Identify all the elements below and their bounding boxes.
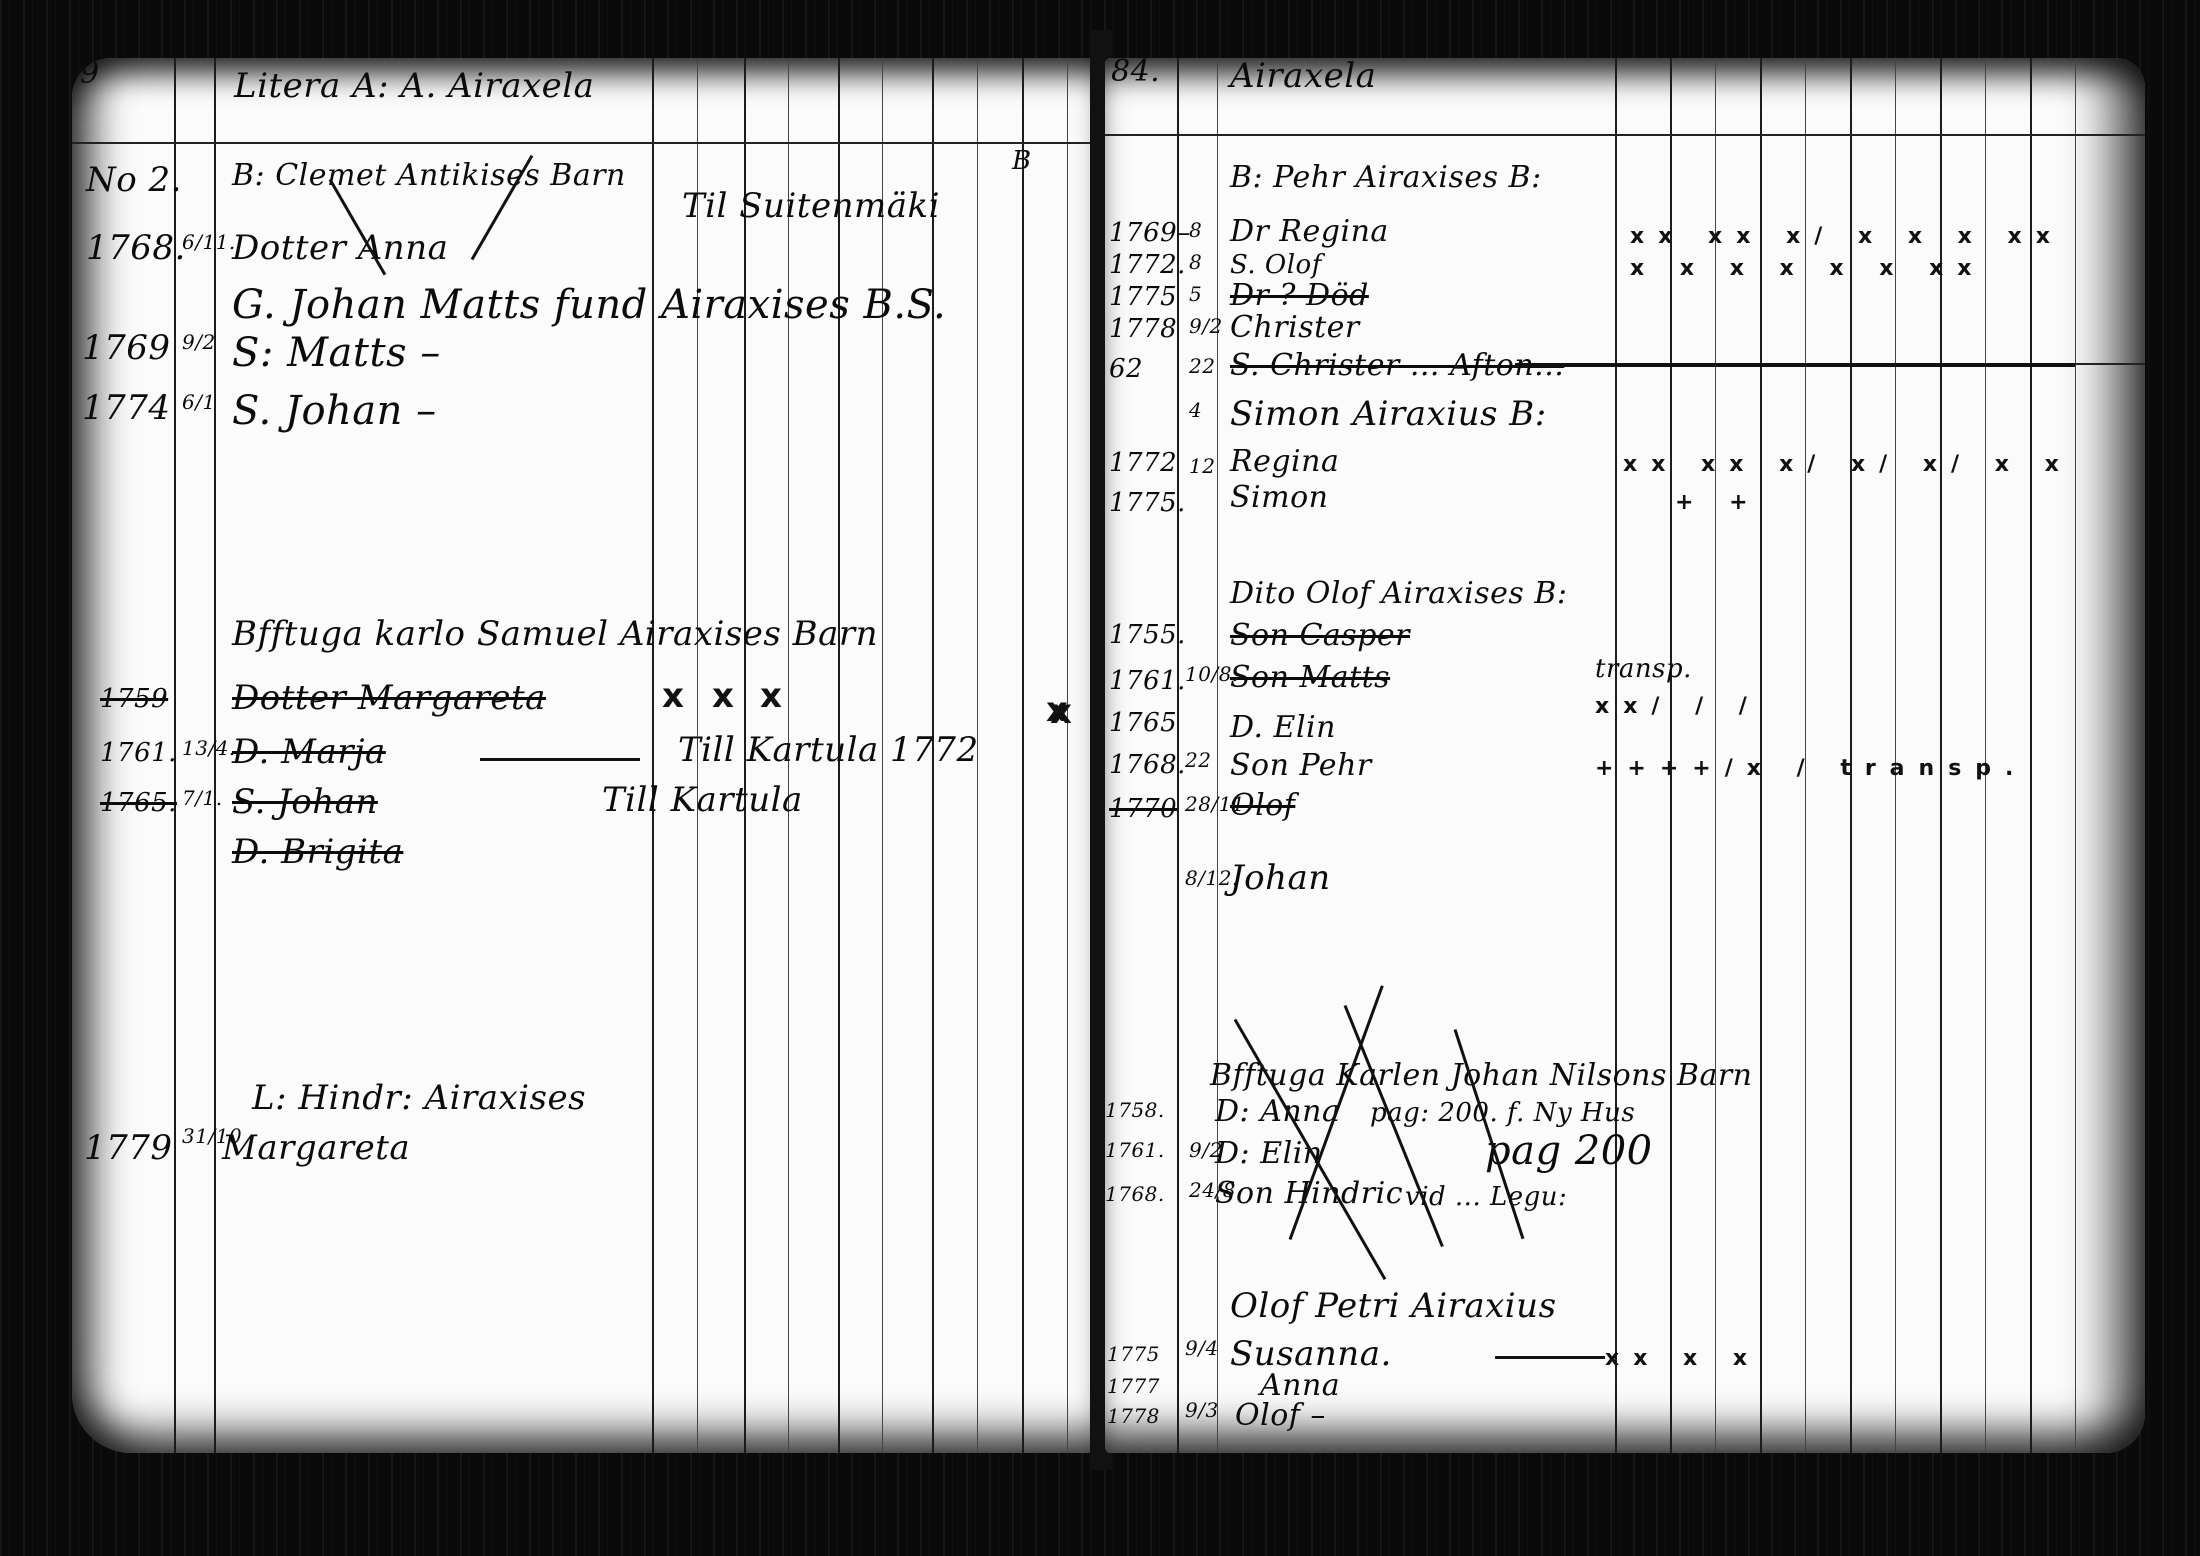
header-rule	[1105, 134, 2145, 136]
annotation: pag: 200. f. Ny Hus	[1370, 1098, 1635, 1128]
birth-year: 1755.	[1109, 620, 1186, 650]
birth-date: 13/4.	[182, 736, 236, 760]
attendance-marks: xx xx x/ x x x xx	[1630, 224, 2064, 249]
child-name: S. Johan –	[232, 388, 437, 434]
attendance-marks: xx/ / /	[1595, 694, 1761, 719]
birth-year: 1775	[1109, 282, 1177, 312]
annotation: Till Kartula 1772	[678, 730, 979, 770]
birth-year: 1759	[100, 684, 168, 714]
child-name: S. Johan	[232, 782, 378, 822]
x-mark: x	[712, 676, 734, 716]
birth-date: 9/3	[1185, 1398, 1219, 1422]
ruled-column-line	[652, 58, 654, 1453]
birth-year: 1761.	[1105, 1138, 1165, 1162]
household-heading: Bfftuga karlo Samuel Airaxises Barn	[232, 614, 878, 654]
child-name: Simon	[1230, 480, 1328, 515]
birth-year: 1765.	[100, 788, 177, 818]
birth-date: 12	[1189, 454, 1215, 478]
annotation-superscript: B	[1012, 146, 1032, 176]
birth-date: 9/2	[182, 330, 216, 354]
birth-date: 7/1.	[182, 786, 223, 810]
birth-year: 1768.	[86, 228, 186, 268]
x-mark: x	[662, 676, 684, 716]
child-name: Son Casper	[1230, 618, 1410, 653]
dash-line	[480, 758, 640, 761]
birth-year: 1778	[1107, 1404, 1160, 1428]
corner-mark: 84.	[1111, 58, 1160, 89]
birth-year: 1778	[1109, 314, 1177, 344]
household-heading: B: Pehr Airaxises B:	[1230, 160, 1542, 195]
birth-date: 4	[1189, 398, 1202, 422]
attendance-marks: x x x x x x xx	[1630, 256, 1985, 281]
child-name: Regina	[1230, 444, 1339, 479]
birth-date: 8	[1189, 250, 1202, 274]
birth-date: 8	[1189, 218, 1202, 242]
birth-date: 22	[1189, 354, 1215, 378]
ruled-column-line	[2030, 58, 2032, 1453]
x-mark: x	[760, 676, 782, 716]
child-name: D. Marja	[232, 732, 386, 772]
birth-year: 1774	[82, 388, 171, 428]
household-heading: L: Hindr: Airaxises	[252, 1078, 586, 1118]
strike-line	[1515, 363, 2075, 367]
birth-year: 1768.	[1105, 1182, 1165, 1206]
birth-date: 22	[1185, 748, 1211, 772]
child-name: Christer	[1230, 310, 1360, 345]
child-name: Olof –	[1235, 1398, 1326, 1433]
household-heading: Simon Airaxius B:	[1230, 394, 1547, 434]
birth-year: 1777	[1107, 1374, 1160, 1398]
left-page: 9 Litera A: A. Airaxela No 2. B: Clemet …	[72, 58, 1096, 1453]
child-name: Margareta	[222, 1128, 410, 1168]
birth-year: 1779	[84, 1128, 173, 1168]
birth-date: 9/2	[1189, 314, 1223, 338]
annotation: Till Kartula	[602, 780, 803, 820]
birth-year: 1758.	[1105, 1098, 1165, 1122]
page-header: Airaxela	[1230, 58, 1376, 96]
birth-year: 1761.	[1109, 666, 1186, 696]
birth-date: 5	[1189, 282, 1202, 306]
household-heading: G. Johan Matts fund Airaxises B.S.	[232, 282, 946, 328]
birth-date: 6/1	[182, 390, 216, 414]
child-name: Dotter Margareta	[232, 678, 546, 718]
entry-number: No 2.	[86, 160, 182, 200]
household-heading: Dito Olof Airaxises B:	[1230, 576, 1567, 611]
birth-year: 1765	[1109, 708, 1177, 738]
child-name: Dr Regina	[1230, 214, 1389, 249]
right-page: 84. Airaxela B: Pehr Airaxises B: 1769– …	[1105, 58, 2145, 1453]
child-name: D. Elin	[1230, 710, 1336, 745]
child-name: D. Brigita	[232, 832, 403, 872]
x-mark: x	[1046, 690, 1068, 730]
ruled-column-line	[1067, 58, 1068, 1453]
child-name: Olof	[1230, 788, 1295, 823]
attendance-marks: xx x x	[1605, 1346, 1761, 1371]
child-name: Johan	[1230, 858, 1331, 898]
child-name: D: Anna	[1215, 1094, 1340, 1129]
header-rule	[72, 142, 1096, 144]
child-name: Son Pehr	[1230, 748, 1372, 783]
household-heading: Bfftuga Karlen Johan Nilsons Barn	[1210, 1058, 1753, 1093]
ruled-column-line	[2075, 58, 2076, 1453]
birth-year: 1768.	[1109, 750, 1186, 780]
page-header: Litera A: A. Airaxela	[234, 66, 594, 106]
birth-year: 1772	[1109, 448, 1177, 478]
birth-year: 1772.	[1109, 250, 1186, 280]
annotation: Til Suitenmäki	[682, 186, 940, 226]
attendance-marks: + +	[1675, 490, 1762, 515]
child-name: S. Olof	[1230, 250, 1322, 280]
child-name: S: Matts –	[232, 330, 441, 376]
birth-year: 1769	[82, 328, 171, 368]
attendance-marks: xx xx x/ x/ x/ x x	[1623, 452, 2073, 477]
birth-year: 1775	[1107, 1342, 1160, 1366]
household-heading: Olof Petri Airaxius	[1230, 1286, 1557, 1326]
birth-year: 1770	[1109, 794, 1177, 824]
birth-year: 1761.	[100, 738, 177, 768]
annotation: vid ... Legu:	[1405, 1182, 1567, 1212]
annotation: transp.	[1595, 654, 1692, 684]
child-name: Dr ? Död	[1230, 278, 1369, 313]
birth-date: 9/4	[1185, 1336, 1219, 1360]
attendance-marks: ++++/x / transp.	[1595, 756, 2027, 781]
child-name: Son Matts	[1230, 660, 1390, 695]
birth-date: 6/11.	[182, 230, 236, 254]
birth-year: 1769–	[1109, 218, 1191, 248]
corner-mark: 9	[80, 58, 100, 91]
annotation: pag 200	[1485, 1128, 1653, 1174]
dash-line	[1495, 1356, 1605, 1359]
child-name: Dotter Anna	[232, 228, 448, 268]
birth-year: 62	[1109, 354, 1143, 384]
household-heading: B: Clemet Antikises Barn	[232, 158, 626, 193]
ruled-column-line	[1022, 58, 1024, 1453]
ruled-column-line	[1217, 58, 1218, 1453]
birth-year: 1775.	[1109, 488, 1186, 518]
